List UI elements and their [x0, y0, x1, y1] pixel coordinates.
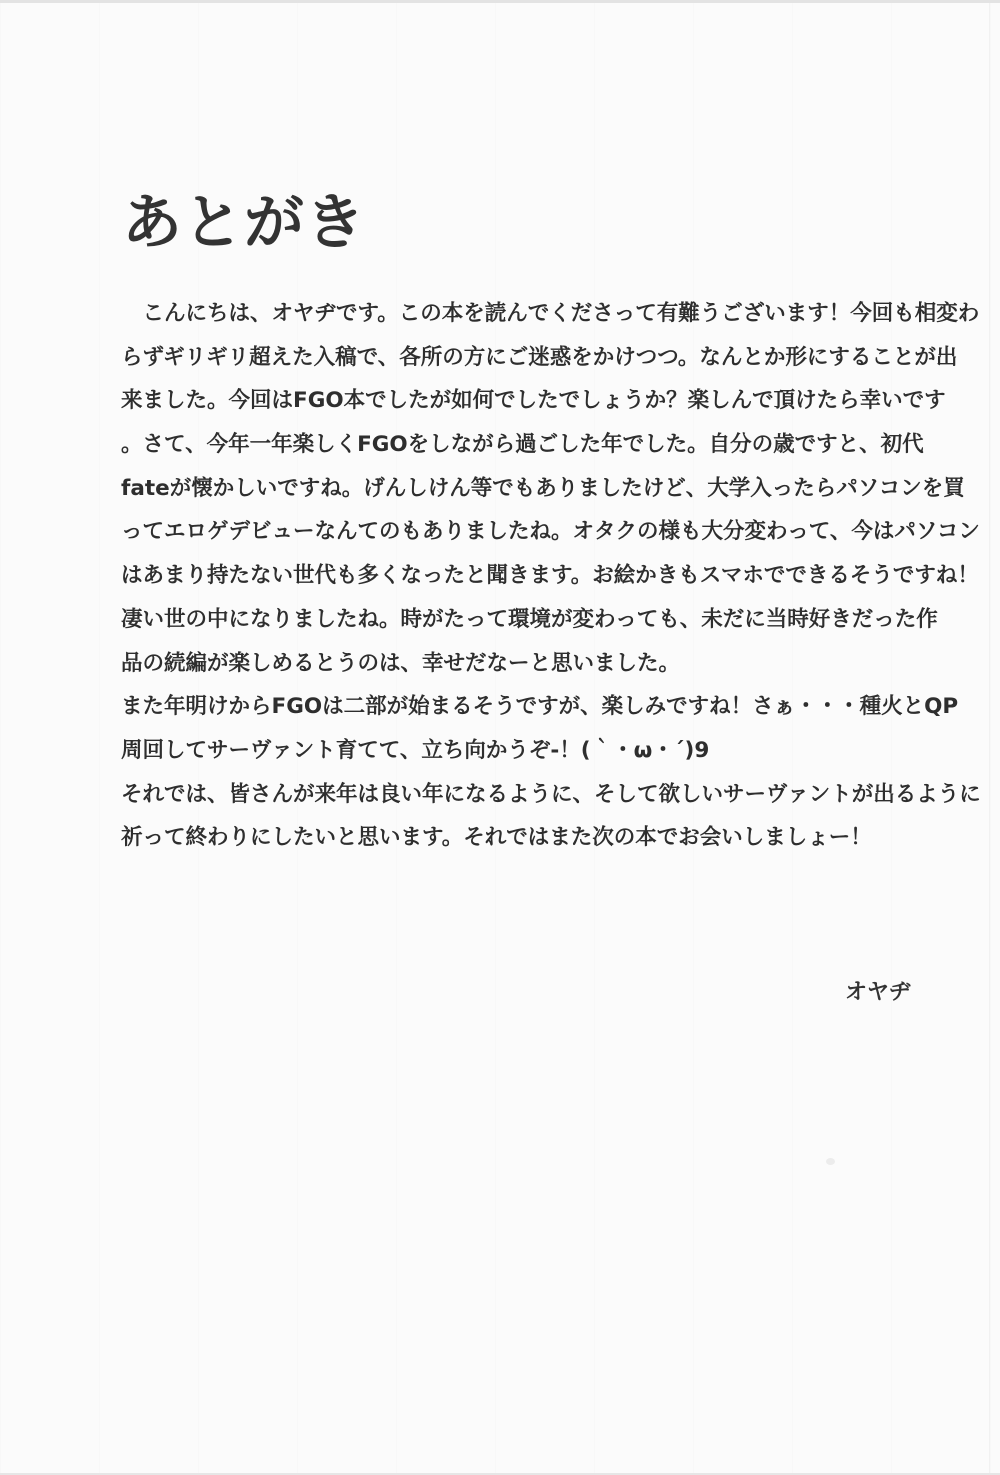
body-line: ってエロゲデビューなんてのもありましたね。オタクの様も大分変わって、今はパソコン — [121, 510, 961, 554]
body-line: 祈って終わりにしたいと思います。それではまた次の本でお会いしましょー！ — [121, 816, 961, 860]
body-line: 品の続編が楽しめるとうのは、幸せだなーと思いました。 — [121, 642, 961, 686]
scan-artifact — [826, 1158, 835, 1165]
body-line: それでは、皆さんが来年は良い年になるように、そして欲しいサーヴァントが出るように — [121, 773, 961, 817]
scanned-page: あとがき こんにちは、オヤヂです。この本を読んでくださって有難うございます！今回… — [0, 0, 1000, 1475]
body-line: fateが懐かしいですね。げんしけん等でもありましたけど、大学入ったらパソコンを… — [121, 467, 961, 511]
body-line: こんにちは、オヤヂです。この本を読んでくださって有難うございます！今回も相変わ — [121, 292, 961, 336]
body-line: また年明けからFGOは二部が始まるそうですが、楽しみですね！さぁ・・・種火とQP — [121, 685, 961, 729]
author-signature: オヤヂ — [845, 975, 911, 1006]
afterword-body: こんにちは、オヤヂです。この本を読んでくださって有難うございます！今回も相変わ … — [121, 292, 961, 860]
body-line: はあまり持たない世代も多くなったと聞きます。お絵かきもスマホでできるそうですね！ — [121, 554, 961, 598]
body-line: 。さて、今年一年楽しくFGOをしながら過ごした年でした。自分の歳ですと、初代 — [121, 423, 961, 467]
body-line: 凄い世の中になりましたね。時がたって環境が変わっても、未だに当時好きだった作 — [121, 598, 961, 642]
body-line: 来ました。今回はFGO本でしたが如何でしたでしょうか？楽しんで頂けたら幸いです — [121, 379, 961, 423]
body-line: 周回してサーヴァント育てて、立ち向かうぞ-！(｀・ω・´)9 — [121, 729, 961, 773]
page-title: あとがき — [122, 175, 366, 261]
body-line: らずギリギリ超えた入稿で、各所の方にご迷惑をかけつつ。なんとか形にすることが出 — [121, 336, 961, 380]
